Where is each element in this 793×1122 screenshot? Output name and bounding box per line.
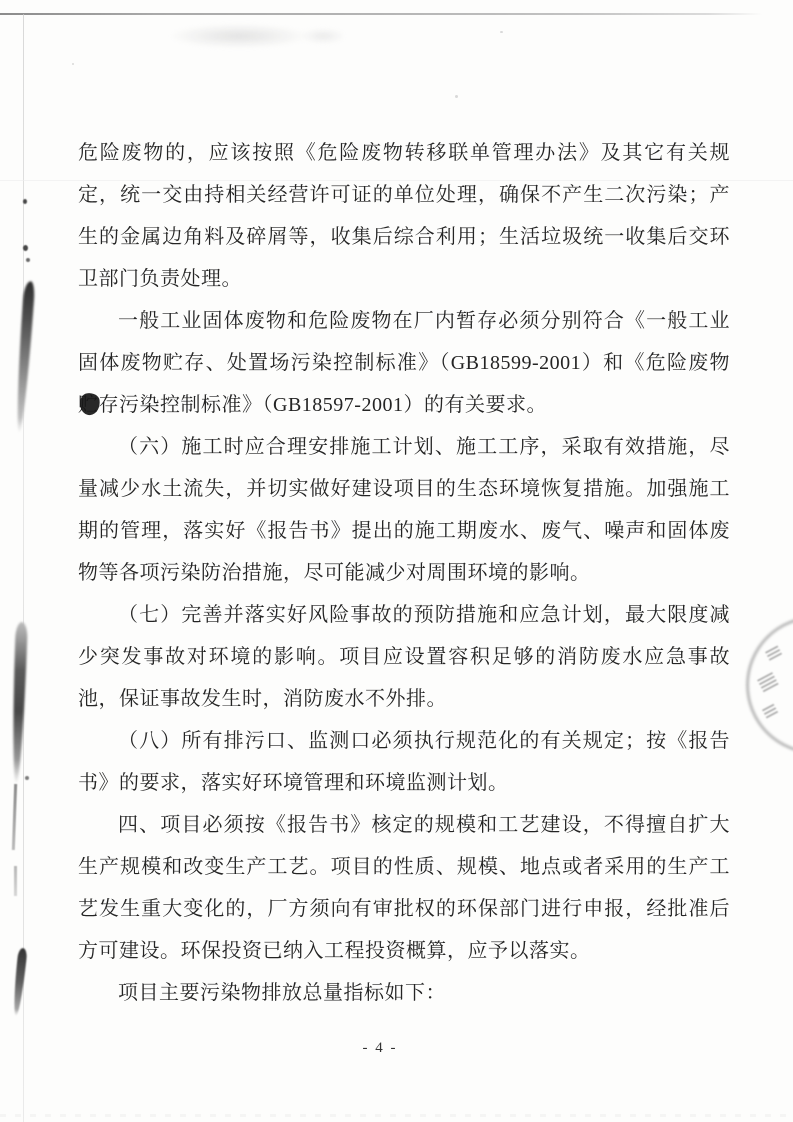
speck-artifact bbox=[72, 63, 74, 65]
ink-dot-artifact bbox=[26, 258, 30, 262]
bottom-edge-noise bbox=[0, 1114, 793, 1117]
ink-streak-artifact bbox=[14, 866, 17, 896]
paragraph-pollutant-total-intro: 项目主要污染物排放总量指标如下： bbox=[78, 972, 730, 1014]
paragraph-item-4-scale-process: 四、项目必须按《报告书》核定的规模和工艺建设，不得擅自扩大生产规模和改变生产工艺… bbox=[78, 804, 730, 972]
ink-streak-artifact bbox=[11, 948, 27, 1017]
ink-streak-artifact bbox=[12, 784, 17, 850]
ink-streak-artifact bbox=[10, 622, 28, 784]
document-text: 危险废物的，应该按照《危险废物转移联单管理办法》及其它有关规定，统一交由持相关经… bbox=[78, 132, 730, 1014]
smudge-artifact bbox=[300, 28, 346, 44]
ink-streak-artifact bbox=[14, 281, 36, 433]
paragraph-hazardous-waste-continuation: 危险废物的，应该按照《危险废物转移联单管理办法》及其它有关规定，统一交由持相关经… bbox=[78, 132, 730, 300]
top-edge-scan-line bbox=[0, 13, 770, 15]
paragraph-item-8-outlets-monitoring: （八）所有排污口、监测口必须执行规范化的有关规定；按《报告书》的要求，落实好环境… bbox=[78, 720, 730, 804]
paragraph-item-7-risk-emergency: （七）完善并落实好风险事故的预防措施和应急计划，最大限度减少突发事故对环境的影响… bbox=[78, 594, 730, 720]
ink-dot-artifact bbox=[23, 199, 27, 204]
scanned-document-page: 危险废物的，应该按照《危险废物转移联单管理办法》及其它有关规定，统一交由持相关经… bbox=[0, 0, 793, 1122]
speck-artifact bbox=[500, 31, 503, 33]
ink-dot-artifact bbox=[25, 776, 29, 780]
paragraph-item-6-construction: （六）施工时应合理安排施工计划、施工工序，采取有效措施，尽量减少水土流失，并切实… bbox=[78, 426, 730, 594]
smudge-artifact bbox=[170, 24, 308, 48]
paragraph-solid-waste-standards: 一般工业固体废物和危险废物在厂内暂存必须分别符合《一般工业固体废物贮存、处置场污… bbox=[78, 300, 730, 426]
page-number: - 4 - bbox=[0, 1040, 760, 1057]
ink-dot-artifact bbox=[23, 245, 28, 251]
speck-artifact bbox=[455, 95, 458, 98]
